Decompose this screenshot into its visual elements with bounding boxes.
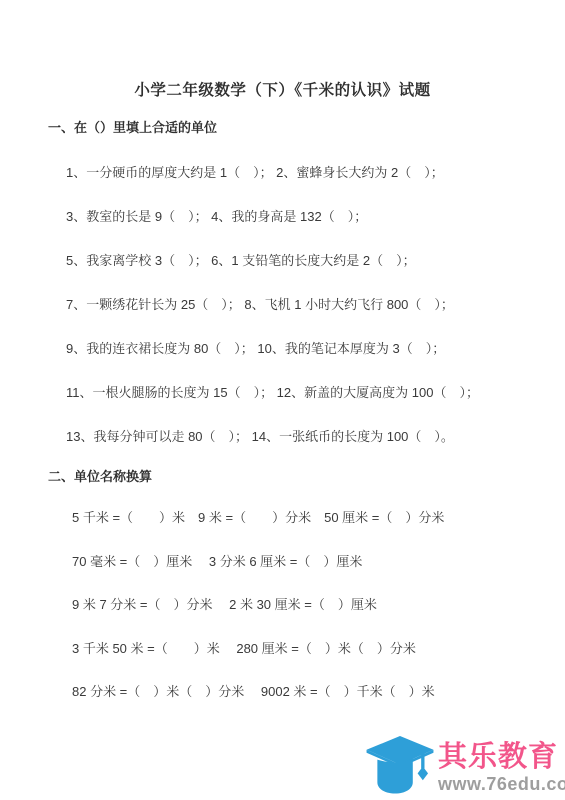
worksheet-page: 小学二年级数学（下）《千米的认识》试题 一、在（）里填上合适的单位 1、一分硬币… — [0, 0, 565, 800]
question-line: 7、一颗绣花针长为 25（ ）； 8、飞机 1 小时大约飞行 800（ ）； — [66, 298, 546, 311]
question-line: 1、一分硬币的厚度大约是 1（ ）； 2、蜜蜂身长大约为 2（ ）； — [66, 166, 546, 179]
conversion-line: 5 千米 =（ ）米 9 米 =（ ）分米 50 厘米 =（ ）分米 — [72, 511, 542, 524]
conversion-line: 3 千米 50 米 =（ ）米 280 厘米 =（ ）米（ ）分米 — [72, 642, 542, 655]
section1-heading: 一、在（）里填上合适的单位 — [48, 121, 217, 134]
graduation-cap-icon — [366, 736, 434, 797]
conversion-line: 9 米 7 分米 =（ ）分米 2 米 30 厘米 =（ ）厘米 — [72, 598, 542, 611]
section1-question-list: 1、一分硬币的厚度大约是 1（ ）； 2、蜜蜂身长大约为 2（ ）； 3、教室的… — [66, 166, 546, 474]
question-line: 3、教室的长是 9（ ）； 4、我的身高是 132（ ）； — [66, 210, 546, 223]
brand-logo: 其乐教育 www.76edu.com — [366, 735, 565, 797]
section2-heading: 二、单位名称换算 — [48, 470, 152, 483]
question-line: 5、我家离学校 3（ ）； 6、1 支铅笔的长度大约是 2（ ）； — [66, 254, 546, 267]
conversion-line: 82 分米 =（ ）米（ ）分米 9002 米 =（ ）千米（ ）米 — [72, 685, 542, 698]
question-line: 13、我每分钟可以走 80（ ）； 14、一张纸币的长度为 100（ ）。 — [66, 430, 546, 443]
brand-name: 其乐教育 — [438, 743, 558, 772]
section2-conversion-list: 5 千米 =（ ）米 9 米 =（ ）分米 50 厘米 =（ ）分米 70 毫米… — [72, 511, 542, 729]
brand-url: www.76edu.com — [438, 775, 565, 793]
question-line: 11、一根火腿肠的长度为 15（ ）； 12、新盖的大厦高度为 100（ ）； — [66, 386, 546, 399]
question-line: 9、我的连衣裙长度为 80（ ）； 10、我的笔记本厚度为 3（ ）； — [66, 342, 546, 355]
conversion-line: 70 毫米 =（ ）厘米 3 分米 6 厘米 =（ ）厘米 — [72, 555, 542, 568]
page-title: 小学二年级数学（下）《千米的认识》试题 — [0, 78, 565, 100]
